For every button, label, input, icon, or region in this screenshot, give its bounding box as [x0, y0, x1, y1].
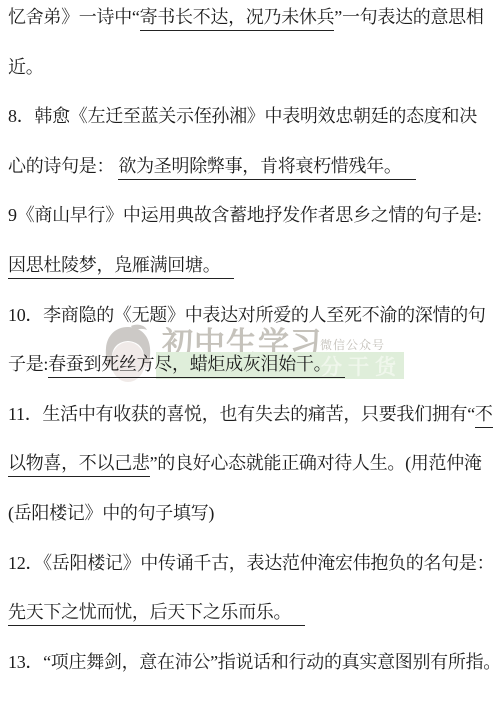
- underlined-answer: 不: [475, 404, 493, 428]
- text-line: 先天下之忧而忧，后天下之乐而乐。: [8, 595, 491, 645]
- text-line: 因思杜陵梦，凫雁满回塘。: [8, 248, 491, 298]
- text-line: 12．《岳阳楼记》中传诵千古，表达范仲淹宏伟抱负的名句是：: [8, 546, 491, 596]
- text-segment: 10．李商隐的《无题》中表达对所爱的人至死不渝的深情的句: [8, 305, 486, 325]
- text-segment: ”一句表达的意思相: [334, 7, 483, 27]
- text-segment: 8．韩愈《左迁至蓝关示侄孙湘》中表明效忠朝廷的态度和决: [8, 106, 477, 126]
- underlined-answer: 春蚕到死丝方尽，蜡炬成灰泪始干。: [48, 354, 345, 378]
- text-line: 心的诗句是： 欲为圣明除弊事，肯将衰朽惜残年。: [8, 149, 491, 199]
- text-line: 11．生活中有收获的喜悦，也有失去的痛苦，只要我们拥有“不: [8, 397, 491, 447]
- text-segment: 心的诗句是：: [8, 156, 118, 176]
- document-page: 初中生学习 微信公众号 分干货 忆舍弟》一诗中“寄书长不达，况乃未休兵”一句表达…: [0, 0, 499, 706]
- text-line: 近。: [8, 50, 491, 100]
- underlined-answer: 先天下之忧而忧，后天下之乐而乐。: [8, 602, 305, 626]
- text-line: 13．“项庄舞剑，意在沛公”指说话和行动的真实意图别有所指。: [8, 645, 491, 695]
- underlined-answer: 欲为圣明除弊事，肯将衰朽惜残年。: [118, 156, 415, 180]
- text-segment: 子是:: [8, 354, 48, 374]
- underlined-answer: 以物喜，不以己悲: [8, 453, 150, 477]
- text-segment: 近。: [8, 57, 43, 77]
- document-body: 忆舍弟》一诗中“寄书长不达，况乃未休兵”一句表达的意思相 近。 8．韩愈《左迁至…: [0, 0, 499, 694]
- text-line: 以物喜，不以己悲”的良好心态就能正确对待人生。(用范仲淹: [8, 446, 491, 496]
- text-line: 10．李商隐的《无题》中表达对所爱的人至死不渝的深情的句: [8, 298, 491, 348]
- text-segment: (岳阳楼记》中的句子填写): [8, 503, 214, 523]
- text-segment: 忆舍弟》一诗中“: [8, 7, 140, 27]
- text-segment: 13．“项庄舞剑，意在沛公”指说话和行动的真实意图别有所指。: [8, 652, 499, 672]
- text-line: (岳阳楼记》中的句子填写): [8, 496, 491, 546]
- underlined-answer: 寄书长不达，况乃未休兵: [140, 7, 335, 31]
- text-line: 9《商山早行》中运用典故含蓄地抒发作者思乡之情的句子是:: [8, 198, 491, 248]
- text-segment: 9《商山早行》中运用典故含蓄地抒发作者思乡之情的句子是:: [8, 205, 482, 225]
- text-line: 8．韩愈《左迁至蓝关示侄孙湘》中表明效忠朝廷的态度和决: [8, 99, 491, 149]
- underlined-answer: 因思杜陵梦，凫雁满回塘。: [8, 255, 234, 279]
- text-line: 子是:春蚕到死丝方尽，蜡炬成灰泪始干。: [8, 347, 491, 397]
- text-segment: ”的良好心态就能正确对待人生。(用范仲淹: [150, 453, 482, 473]
- text-segment: 12．《岳阳楼记》中传诵千古，表达范仲淹宏伟抱负的名句是：: [8, 553, 494, 573]
- text-line: 忆舍弟》一诗中“寄书长不达，况乃未休兵”一句表达的意思相: [8, 0, 491, 50]
- text-segment: 11．生活中有收获的喜悦，也有失去的痛苦，只要我们拥有“: [8, 404, 475, 424]
